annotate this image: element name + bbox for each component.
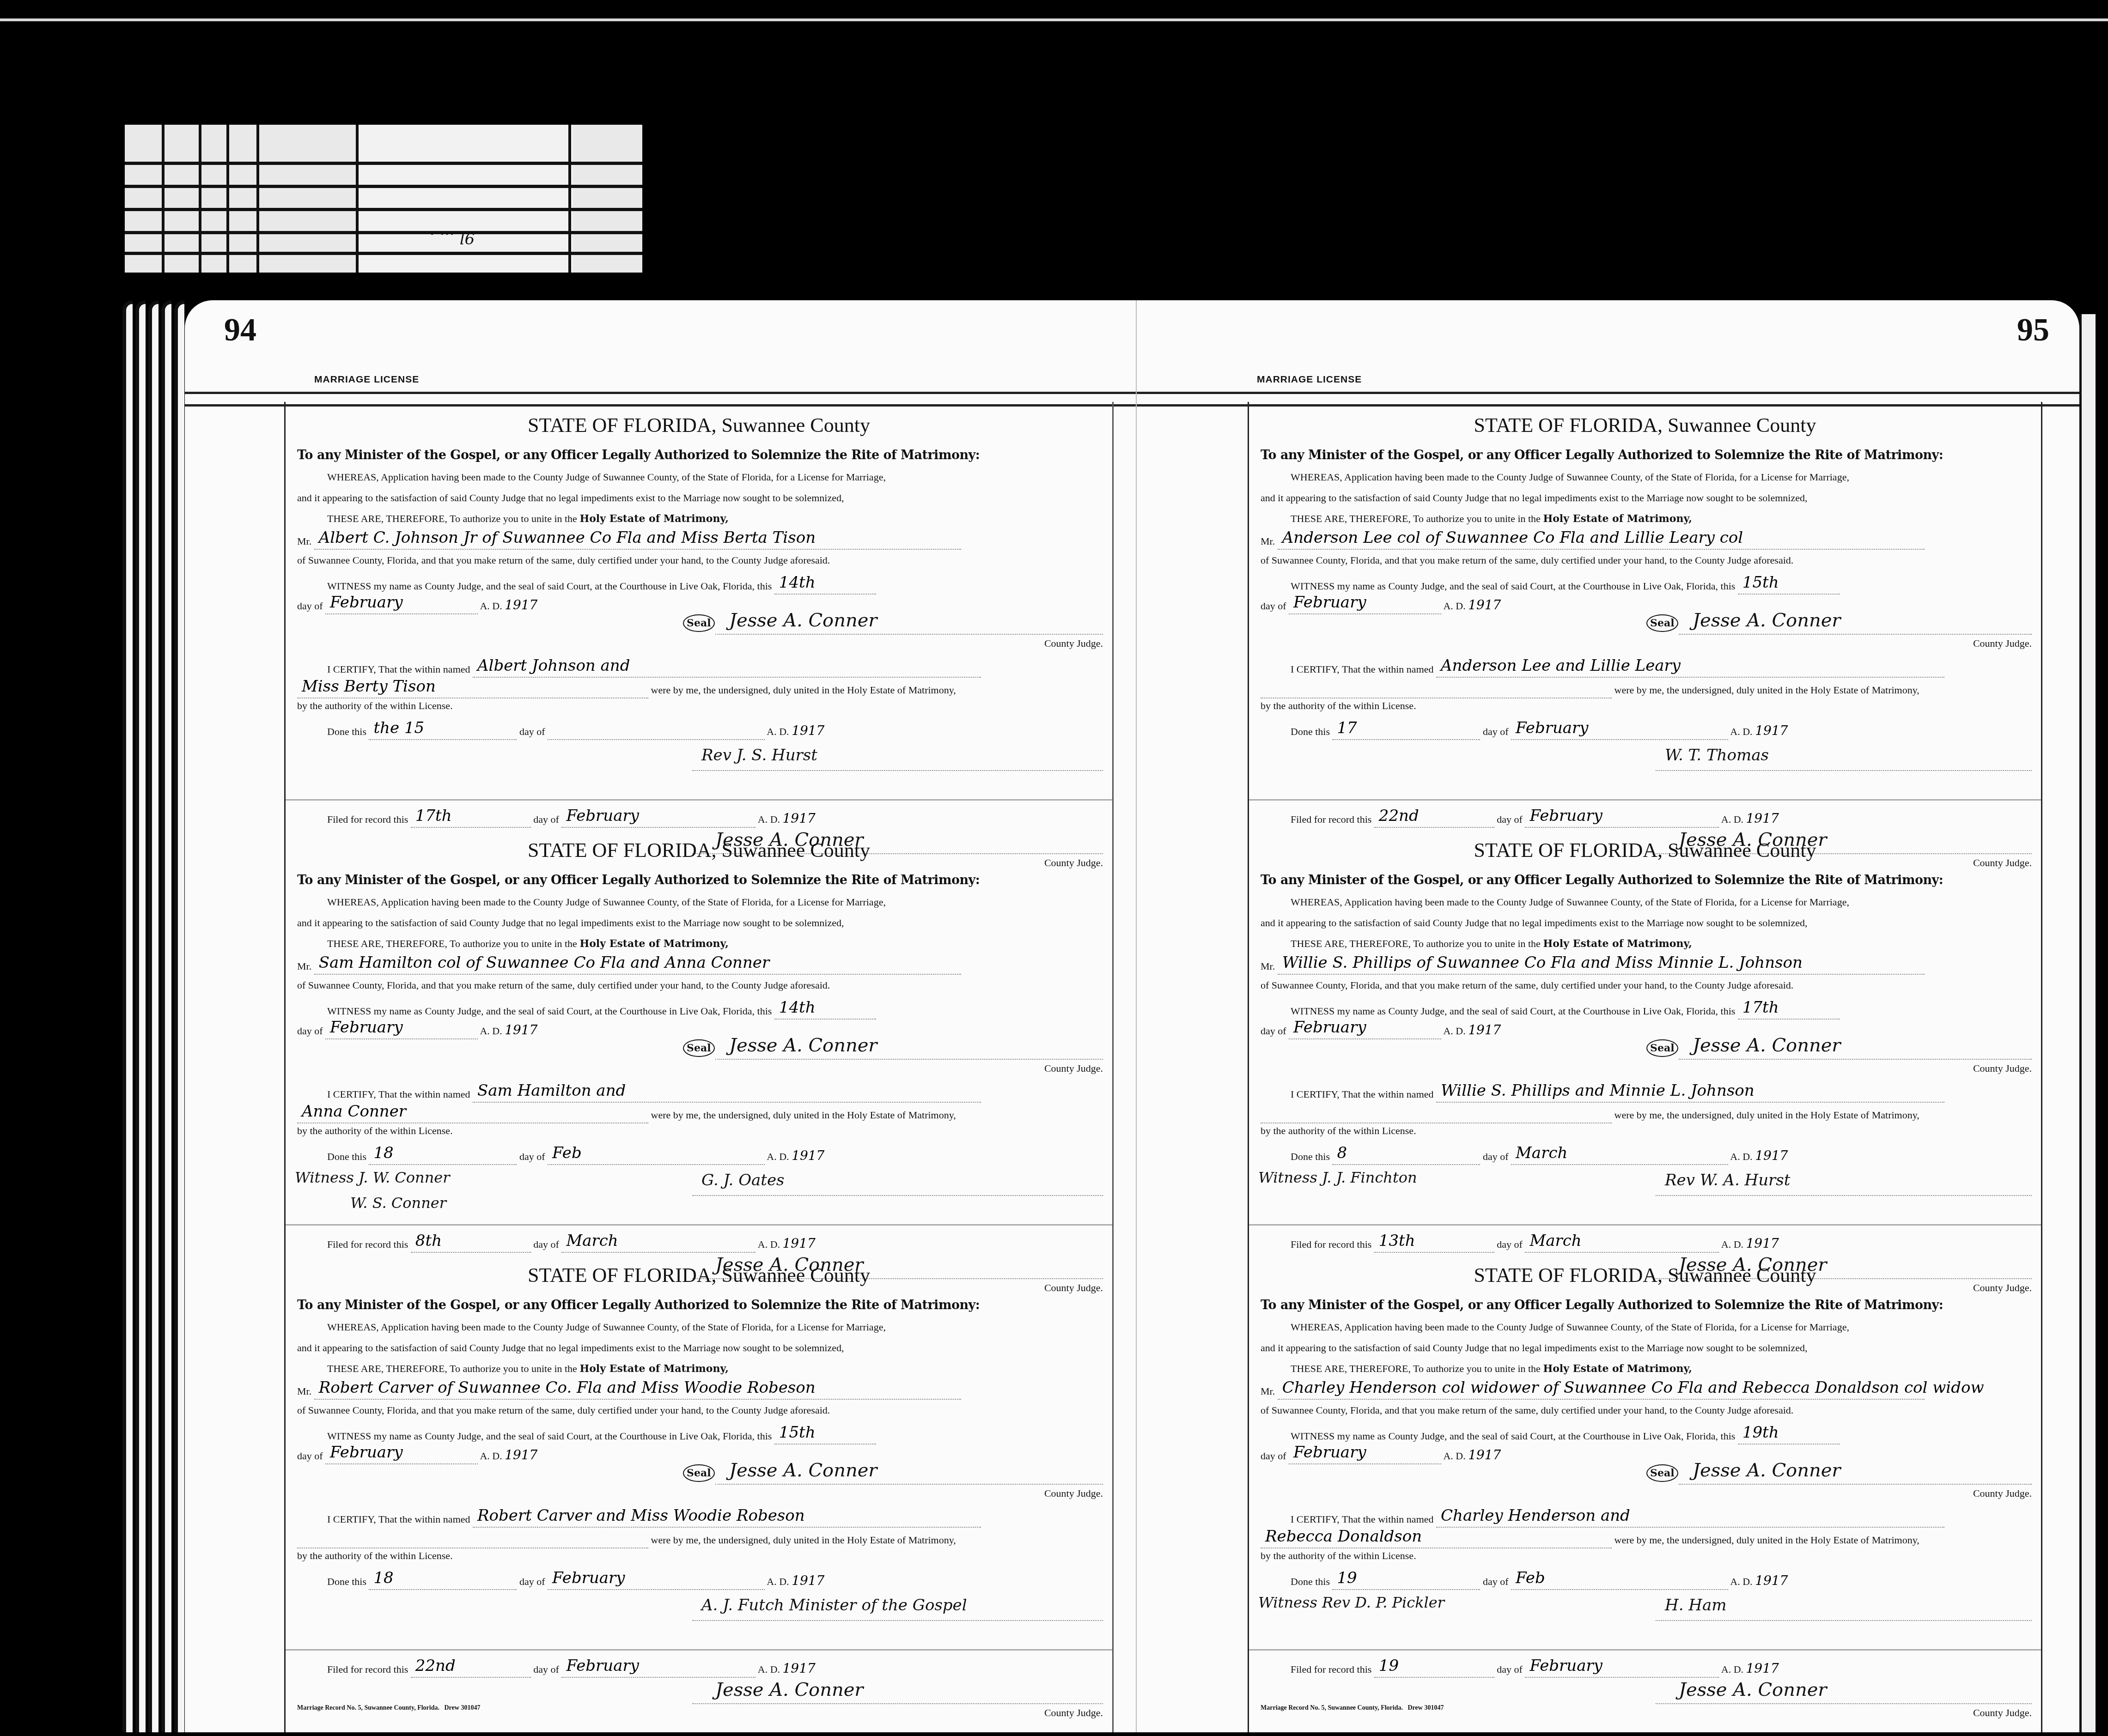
footer-title: Marriage Record No. 5, Suwannee County, … [1261,1705,1401,1712]
form-frame: STATE OF FLORIDA, Suwannee County To any… [284,402,1114,1732]
of-county-clause: of Suwannee County, Florida, and that yo… [1261,554,2032,566]
filed-month-field: February [1525,1658,1719,1678]
page-left: 94 MARRIAGE LICENSE STATE OF FLORIDA, Su… [185,300,1137,1732]
issued-month: February [1289,593,1366,612]
certify-names: Sam Hamilton and [473,1081,626,1100]
issued-day: 17th [1738,998,1779,1017]
ad-label: A. D. [480,1025,502,1037]
section-divider [286,1649,1112,1651]
section-divider [1249,1649,2041,1651]
judge-signature: Jesse A. Conner [1693,1460,1840,1481]
witness-text: WITNESS my name as County Judge, and the… [327,580,772,592]
done-day: 18 [369,1144,393,1162]
footer-title: Marriage Record No. 5, Suwannee County, … [297,1705,438,1712]
page-edge [161,300,171,1732]
officiant-line [692,1194,1103,1196]
officiant-signature: A. J. Futch Minister of the Gospel [701,1596,967,1615]
tab-column-rule [226,125,229,273]
done-year: 1917 [792,1573,824,1588]
county-judge-label: County Judge. [1973,1062,2032,1074]
certify-line: I CERTIFY, That the within named Charley… [1261,1508,2032,1528]
done-year: 1917 [1755,723,1788,738]
certify-line: I CERTIFY, That the within named Willie … [1261,1083,2032,1103]
book-footer: Marriage Record No. 5, Suwannee County, … [297,1705,480,1712]
judge-signature: Jesse A. Conner [729,1460,877,1481]
filed-label: Filed for record this [327,1663,408,1675]
mr-label: Mr. [297,1385,311,1397]
signature-line [1679,1483,2032,1485]
authorize-text: THESE ARE, THEREFORE, To authorize you t… [327,513,577,524]
done-month [548,719,552,737]
seal-mark: Seal [683,1039,715,1057]
issued-date-line: day of February A. D. 1917 [1261,1445,2032,1464]
authorize-clause: THESE ARE, THEREFORE, To authorize you t… [297,1363,1103,1375]
filed-month: March [1525,1232,1581,1250]
issued-day-field: 14th [774,1000,876,1020]
running-head: MARRIAGE LICENSE [314,374,419,385]
license-title: STATE OF FLORIDA, Suwannee County [286,838,1112,862]
filed-day: 13th [1374,1232,1415,1250]
certify-names: Robert Carver and Miss Woodie Robeson [473,1506,805,1525]
marriage-license: STATE OF FLORIDA, Suwannee County To any… [286,1252,1112,1677]
ad-label: A. D. [1730,726,1752,737]
done-this-label: Done this [327,1576,366,1587]
filed-signature-line [692,1702,1103,1704]
license-title: STATE OF FLORIDA, Suwannee County [1249,413,2041,437]
done-year: 1917 [1755,1148,1788,1163]
issued-date-line: day of February A. D. 1917 [1261,1020,2032,1039]
county-judge-label: County Judge. [1973,1707,2032,1719]
authorize-clause: THESE ARE, THEREFORE, To authorize you t… [297,513,1103,525]
license-title: STATE OF FLORIDA, Suwannee County [286,1263,1112,1287]
filed-judge-signature: Jesse A. Conner [1679,1679,1827,1700]
witness-clause: WITNESS my name as County Judge, and the… [297,1425,1103,1445]
officiant-signature: Rev W. A. Hurst [1665,1171,1790,1190]
parties-line: Mr. Anderson Lee col of Suwannee Co Fla … [1261,530,2032,550]
filed-day-field: 13th [1374,1233,1494,1253]
certify-names-2 [1261,677,1265,696]
issued-month: February [1289,1443,1366,1462]
authority-line: by the authority of the within License. [297,1125,1103,1137]
of-county-clause: of Suwannee County, Florida, and that yo… [297,554,1103,566]
certify-line: I CERTIFY, That the within named Anderso… [1261,658,2032,678]
issued-year: 1917 [1468,597,1501,613]
tab-handwriting: 9l ... . [430,229,475,247]
witness-signature: W. S. Conner [350,1194,446,1212]
holy-estate-text: Holy Estate of Matrimony, [579,513,728,525]
done-month-field: March [1511,1146,1728,1165]
ad-label: A. D. [1443,1025,1465,1037]
section-divider [1249,799,2041,801]
filed-month-field: February [561,1658,755,1678]
judge-signature: Jesse A. Conner [1693,610,1840,631]
mr-label: Mr. [1261,535,1275,547]
filed-month: February [561,1657,639,1675]
ad-label: A. D. [1443,1450,1465,1462]
filed-day: 8th [411,1232,442,1250]
day-of-label: day of [1261,1450,1286,1462]
done-year: 1917 [1755,1573,1788,1588]
day-of-label: day of [1497,1238,1523,1250]
witness-text: WITNESS my name as County Judge, and the… [327,1430,772,1442]
certify-text: I CERTIFY, That the within named [327,1088,470,1100]
certify-names-field: Albert Johnson and [473,658,981,678]
officiant-line [1656,769,2032,771]
appearing-clause: and it appearing to the satisfaction of … [1261,1342,2032,1354]
certify-text: I CERTIFY, That the within named [327,1513,470,1525]
holy-estate-text: Holy Estate of Matrimony, [1543,938,1692,950]
certify-line: I CERTIFY, That the within named Albert … [297,658,1103,678]
issued-date-line: day of February A. D. 1917 [297,1020,1103,1039]
ad-label: A. D. [480,600,502,612]
done-day-field: 8 [1332,1146,1480,1165]
witness-text: WITNESS my name as County Judge, and the… [1291,580,1735,592]
done-month: Feb [1511,1569,1545,1587]
officiant-line [692,1619,1103,1621]
day-of-label: day of [1497,813,1523,825]
page-right: 95 MARRIAGE LICENSE STATE OF FLORIDA, Su… [1137,300,2079,1732]
day-of-label: day of [1483,1576,1509,1587]
judge-signature: Jesse A. Conner [1693,1035,1840,1056]
parties-handwriting: Willie S. Phillips of Suwannee Co Fla an… [1278,953,1803,972]
tab-column-rule [256,125,259,273]
filed-day-field: 22nd [1374,808,1494,828]
day-of-label: day of [519,1151,545,1162]
running-head: MARRIAGE LICENSE [1257,374,1362,385]
issued-day-field: 15th [774,1425,876,1445]
filed-year: 1917 [1746,1661,1779,1676]
certify-names-2 [1261,1102,1265,1121]
of-county-clause: of Suwannee County, Florida, and that yo… [1261,979,2032,991]
officiant-line [1656,1194,2032,1196]
issued-month-field: February [1289,595,1441,614]
filed-line: Filed for record this 19 day of February… [1261,1658,2032,1678]
issued-date-line: day of February A. D. 1917 [297,595,1103,614]
license-title: STATE OF FLORIDA, Suwannee County [1249,838,2041,862]
right-page-edge [2079,314,2096,1732]
certify-text: I CERTIFY, That the within named [327,663,470,675]
parties-line: Mr. Charley Henderson col widower of Suw… [1261,1380,2032,1400]
parties-line: Mr. Albert C. Johnson Jr of Suwannee Co … [297,530,1103,550]
done-this-label: Done this [1291,1576,1330,1587]
day-of-label: day of [297,600,323,612]
authorize-clause: THESE ARE, THEREFORE, To authorize you t… [1261,1363,2032,1375]
parties-line: Mr. Willie S. Phillips of Suwannee Co Fl… [1261,955,2032,975]
issued-month-field: February [1289,1445,1441,1464]
certify-names-2 [297,1527,302,1546]
certify-names-field-2 [297,1529,648,1548]
certify-names-field-2: Rebecca Donaldson [1261,1529,1612,1548]
day-of-label: day of [1483,726,1509,737]
issued-month: February [325,593,403,612]
marriage-license: STATE OF FLORIDA, Suwannee County To any… [286,827,1112,1252]
ad-label: A. D. [767,1576,789,1587]
issued-month-field: February [325,595,478,614]
issued-day: 14th [774,998,816,1017]
whereas-clause: WHEREAS, Application having been made to… [1261,896,2032,908]
tab-upper-panel [356,125,573,273]
parties-handwriting: Charley Henderson col widower of Suwanne… [1278,1378,1984,1397]
ad-label: A. D. [1730,1576,1752,1587]
day-of-label: day of [533,1663,559,1675]
done-day: 17 [1332,719,1357,737]
whereas-clause: WHEREAS, Application having been made to… [297,896,1103,908]
license-title: STATE OF FLORIDA, Suwannee County [286,413,1112,437]
ad-label: A. D. [758,813,780,825]
county-judge-label: County Judge. [1044,1487,1103,1499]
issued-day-field: 15th [1738,575,1840,595]
certify-names-field: Anderson Lee and Lillie Leary [1436,658,1944,678]
certify-names-2: Anna Conner [297,1102,406,1121]
certify-names-field-2 [1261,679,1612,698]
day-of-label: day of [519,726,545,737]
signature-line [1679,1058,2032,1060]
officiant-signature: H. Ham [1665,1596,1726,1615]
done-day-field: 17 [1332,721,1480,740]
filed-signature-line [1656,1702,2032,1704]
filed-line: Filed for record this 22nd day of Februa… [1261,808,2032,828]
license-address: To any Minister of the Gospel, or any Of… [297,873,980,887]
appearing-clause: and it appearing to the satisfaction of … [297,1342,1103,1354]
done-day: 19 [1332,1569,1357,1587]
filed-day-field: 8th [411,1233,531,1253]
parties-field: Robert Carver of Suwannee Co. Fla and Mi… [314,1380,961,1400]
day-of-label: day of [1497,1663,1523,1675]
issued-day: 14th [774,573,816,592]
authority-line: by the authority of the within License. [297,1550,1103,1562]
parties-field: Albert C. Johnson Jr of Suwannee Co Fla … [314,530,961,550]
signature-line [1679,633,2032,635]
license-address: To any Minister of the Gospel, or any Of… [1261,873,1943,887]
authorize-text: THESE ARE, THEREFORE, To authorize you t… [1291,513,1541,524]
filed-year: 1917 [783,811,816,826]
whereas-clause: WHEREAS, Application having been made to… [297,471,1103,483]
holy-estate-text: Holy Estate of Matrimony, [1543,1363,1692,1375]
authorize-clause: THESE ARE, THEREFORE, To authorize you t… [1261,513,2032,525]
done-month-field: February [1511,721,1728,740]
done-month: March [1511,1144,1567,1162]
filed-line: Filed for record this 22nd day of Februa… [297,1658,1103,1678]
filed-month-field: February [561,808,755,828]
holy-estate-text: Holy Estate of Matrimony, [1543,513,1692,525]
issued-month-field: February [325,1020,478,1039]
mr-label: Mr. [1261,1385,1275,1397]
filed-label: Filed for record this [327,813,408,825]
witness-clause: WITNESS my name as County Judge, and the… [297,1000,1103,1020]
marriage-license: STATE OF FLORIDA, Suwannee County To any… [286,402,1112,827]
publisher-mark: Drew 301047 [444,1705,480,1712]
done-day-field: 18 [369,1146,517,1165]
were-united-text: were by me, the undersigned, duly united… [651,684,956,696]
ad-label: A. D. [1721,813,1743,825]
parties-field: Charley Henderson col widower of Suwanne… [1278,1380,1925,1400]
marriage-license: STATE OF FLORIDA, Suwannee County To any… [1249,827,2041,1252]
parties-handwriting: Robert Carver of Suwannee Co. Fla and Mi… [314,1378,816,1397]
done-this-label: Done this [327,726,366,737]
parties-handwriting: Albert C. Johnson Jr of Suwannee Co Fla … [314,528,816,547]
film-edge-line [0,18,2108,21]
tab-rule [125,208,642,211]
holy-estate-text: Holy Estate of Matrimony, [579,1363,728,1375]
were-united-text: were by me, the undersigned, duly united… [1615,1534,1919,1546]
county-judge-label: County Judge. [1973,1487,2032,1499]
filed-year: 1917 [783,1661,816,1676]
issued-day: 15th [1738,573,1779,592]
witness-clause: WITNESS my name as County Judge, and the… [297,575,1103,595]
done-year: 1917 [792,1148,824,1163]
done-this-label: Done this [1291,726,1330,737]
were-united-line: Anna Conner were by me, the undersigned,… [297,1104,1103,1123]
done-month-field: Feb [548,1146,765,1165]
were-united-line: were by me, the undersigned, duly united… [297,1529,1103,1548]
witness-signature: Witness Rev D. P. Pickler [1258,1594,1444,1611]
issued-year: 1917 [505,1447,537,1463]
filed-month: March [561,1232,618,1250]
done-month-field [548,721,765,740]
were-united-text: were by me, the undersigned, duly united… [651,1534,956,1546]
index-tab-strip: 9l ... . [125,125,642,273]
issued-month: February [325,1443,403,1462]
license-address: To any Minister of the Gospel, or any Of… [1261,1298,1943,1312]
authorize-text: THESE ARE, THEREFORE, To authorize you t… [1291,1363,1541,1374]
filed-year: 1917 [1746,1236,1779,1251]
signature-line [715,1058,1103,1060]
filed-month-field: March [561,1233,755,1253]
of-county-clause: of Suwannee County, Florida, and that yo… [1261,1404,2032,1416]
parties-line: Mr. Sam Hamilton col of Suwannee Co Fla … [297,955,1103,975]
witness-clause: WITNESS my name as County Judge, and the… [1261,575,2032,595]
witness-text: WITNESS my name as County Judge, and the… [327,1005,772,1017]
section-divider [286,799,1112,801]
day-of-label: day of [1261,1025,1286,1037]
ad-label: A. D. [1721,1663,1743,1675]
witness-text: WITNESS my name as County Judge, and the… [1291,1430,1735,1442]
county-judge-label: County Judge. [1044,1707,1103,1719]
were-united-line: Miss Berty Tison were by me, the undersi… [297,679,1103,698]
officiant-signature: Rev J. S. Hurst [701,746,817,765]
filed-month: February [1525,1657,1602,1675]
ad-label: A. D. [767,1151,789,1162]
appearing-clause: and it appearing to the satisfaction of … [1261,492,2032,504]
filed-line: Filed for record this 13th day of March … [1261,1233,2032,1253]
certify-line: I CERTIFY, That the within named Sam Ham… [297,1083,1103,1103]
done-day-field: 19 [1332,1571,1480,1590]
ad-label: A. D. [1721,1238,1743,1250]
license-title: STATE OF FLORIDA, Suwannee County [1249,1263,2041,1287]
page-edge [174,300,184,1732]
day-of-label: day of [519,1576,545,1587]
were-united-text: were by me, the undersigned, duly united… [1615,1109,1919,1121]
tab-rule [125,252,642,255]
ad-label: A. D. [1443,600,1465,612]
day-of-label: day of [533,1238,559,1250]
certify-names: Anderson Lee and Lillie Leary [1436,656,1681,675]
authority-line: by the authority of the within License. [1261,700,2032,712]
done-day: 8 [1332,1144,1347,1162]
certify-names-field-2: Miss Berty Tison [297,679,648,698]
judge-signature: Jesse A. Conner [729,610,877,631]
day-of-label: day of [297,1450,323,1462]
signature-line [715,633,1103,635]
authorize-text: THESE ARE, THEREFORE, To authorize you t… [1291,938,1541,949]
tab-rule [125,185,642,188]
filed-line: Filed for record this 8th day of March A… [297,1233,1103,1253]
whereas-clause: WHEREAS, Application having been made to… [1261,1321,2032,1333]
were-united-line: were by me, the undersigned, duly united… [1261,679,2032,698]
done-day: the 15 [369,719,424,737]
filed-label: Filed for record this [1291,813,1371,825]
appearing-clause: and it appearing to the satisfaction of … [1261,917,2032,929]
county-judge-label: County Judge. [1973,637,2032,649]
of-county-clause: of Suwannee County, Florida, and that yo… [297,979,1103,991]
done-month: February [1511,719,1589,737]
authority-line: by the authority of the within License. [297,700,1103,712]
filed-year: 1917 [1746,811,1779,826]
filed-month: February [1525,807,1602,825]
filed-line: Filed for record this 17th day of Februa… [297,808,1103,828]
page-number: 95 [2017,312,2049,349]
officiant-signature: W. T. Thomas [1665,746,1769,765]
mr-label: Mr. [1261,960,1275,972]
certify-names-field-2 [1261,1104,1612,1123]
appearing-clause: and it appearing to the satisfaction of … [297,492,1103,504]
filed-judge-signature: Jesse A. Conner [715,1679,863,1700]
issued-day-field: 17th [1738,1000,1840,1020]
signature-line [715,1483,1103,1485]
parties-handwriting: Anderson Lee col of Suwannee Co Fla and … [1278,528,1743,547]
certify-text: I CERTIFY, That the within named [1291,1513,1434,1525]
holy-estate-text: Holy Estate of Matrimony, [579,938,728,950]
certify-names-field: Charley Henderson and [1436,1508,1944,1528]
witness-clause: WITNESS my name as County Judge, and the… [1261,1425,2032,1445]
certify-names: Willie S. Phillips and Minnie L. Johnson [1436,1081,1755,1100]
filed-day: 19 [1374,1657,1399,1675]
done-this-label: Done this [327,1151,366,1162]
certify-text: I CERTIFY, That the within named [1291,663,1434,675]
done-month: Feb [548,1144,582,1162]
day-of-label: day of [533,813,559,825]
ad-label: A. D. [758,1663,780,1675]
county-judge-label: County Judge. [1044,1062,1103,1074]
done-this-label: Done this [1291,1151,1330,1162]
county-judge-label: County Judge. [1044,637,1103,649]
officiant-signature: G. J. Oates [701,1171,785,1190]
issued-month: February [325,1018,403,1037]
authority-line: by the authority of the within License. [1261,1125,2032,1137]
witness-clause: WITNESS my name as County Judge, and the… [1261,1000,2032,1020]
mr-label: Mr. [297,960,311,972]
tab-rule [125,231,642,234]
filed-month: February [561,807,639,825]
issued-date-line: day of February A. D. 1917 [297,1445,1103,1464]
tab-column-rule [568,125,571,273]
filed-day: 17th [411,807,452,825]
issued-date-line: day of February A. D. 1917 [1261,595,2032,614]
filed-label: Filed for record this [1291,1238,1371,1250]
issued-day-field: 14th [774,575,876,595]
whereas-clause: WHEREAS, Application having been made to… [1261,471,2032,483]
judge-signature: Jesse A. Conner [729,1035,877,1056]
marriage-license: STATE OF FLORIDA, Suwannee County To any… [1249,1252,2041,1677]
filed-label: Filed for record this [327,1238,408,1250]
issued-month: February [1289,1018,1366,1037]
done-month-field: February [548,1571,765,1590]
tab-column-rule [162,125,164,273]
issued-year: 1917 [1468,1022,1501,1038]
appearing-clause: and it appearing to the satisfaction of … [297,917,1103,929]
seal-mark: Seal [1646,614,1678,632]
certify-names: Albert Johnson and [473,656,630,675]
